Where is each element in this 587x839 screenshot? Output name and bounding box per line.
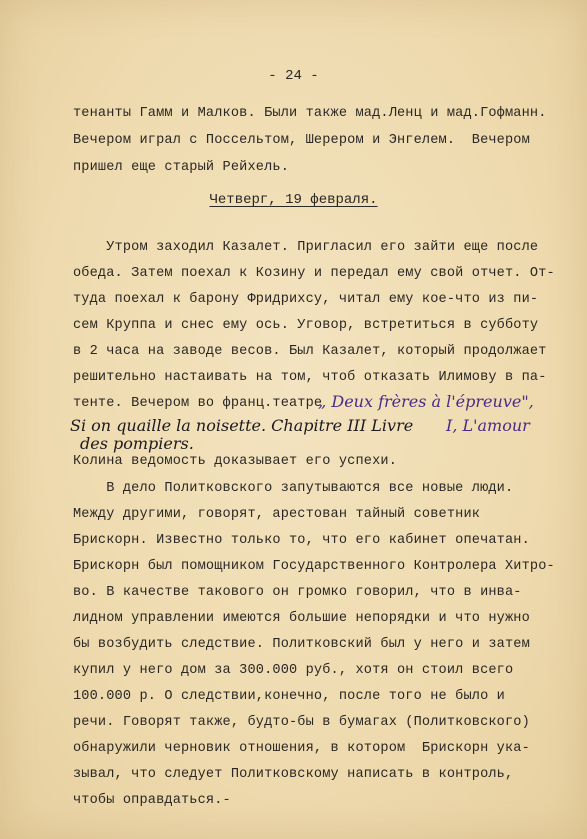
- text-line: пришел еще старый Рейхель.: [73, 160, 289, 176]
- handwritten-note: I, L'amour: [446, 416, 530, 435]
- text-line: зывал, что следует Политковскому написат…: [73, 767, 513, 783]
- text-line: Колина ведомость доказывает его успехи.: [73, 454, 397, 470]
- page-number: - 24 -: [0, 68, 587, 84]
- text-line: сем Круппа и снес ему ось. Уговор, встре…: [73, 318, 538, 334]
- text-line: Между другими, говорят, арестован тайный…: [73, 507, 480, 523]
- text-line: лидном управлении имеются большие непоря…: [73, 611, 530, 627]
- handwritten-note: Si on quaille la noisette. Chapitre III …: [70, 416, 418, 435]
- text-line: Утром заходил Казалет. Пригласил его зай…: [73, 240, 538, 256]
- document-page: - 24 - тенанты Гамм и Малков. Были также…: [0, 0, 587, 839]
- text-line: Брискорн был помощником Государственного…: [73, 559, 555, 575]
- text-line: чтобы оправдаться.-: [73, 793, 231, 809]
- text-line: речи. Говорят также, будто-бы в бумагах …: [73, 715, 530, 731]
- section-heading: Четверг, 19 февраля.: [0, 192, 587, 208]
- text-line: обнаружили черновик отношения, в котором…: [73, 741, 530, 757]
- text-line: Вечером играл с Поссельтом, Шерером и Эн…: [73, 133, 530, 149]
- text-line: в 2 часа на заводе весов. Был Казалет, к…: [73, 344, 547, 360]
- text-line: В дело Политковского запутываются все но…: [73, 481, 513, 497]
- text-line: тенте. Вечером во франц.театре: [73, 396, 322, 412]
- handwritten-note: „ Deux frères à l'épreuve",: [318, 392, 534, 411]
- text-line: Брискорн. Известно только то, что его ка…: [73, 533, 530, 549]
- handwritten-note: des pompiers.: [80, 434, 194, 453]
- text-line: купил у него дом за 300.000 руб., хотя о…: [73, 663, 513, 679]
- text-line: тенанты Гамм и Малков. Были также мад.Ле…: [73, 106, 547, 122]
- text-line: обеда. Затем поехал к Козину и передал е…: [73, 266, 555, 282]
- text-line: туда поехал к барону Фридрихсу, читал ем…: [73, 292, 538, 308]
- text-line: бы возбудить следствие. Политковский был…: [73, 637, 530, 653]
- text-line: 100.000 р. О следствии,конечно, после то…: [73, 689, 505, 705]
- text-line: решительно настаивать на том, чтоб отказ…: [73, 370, 547, 386]
- text-line: во. В качестве такового он громко говори…: [73, 585, 522, 601]
